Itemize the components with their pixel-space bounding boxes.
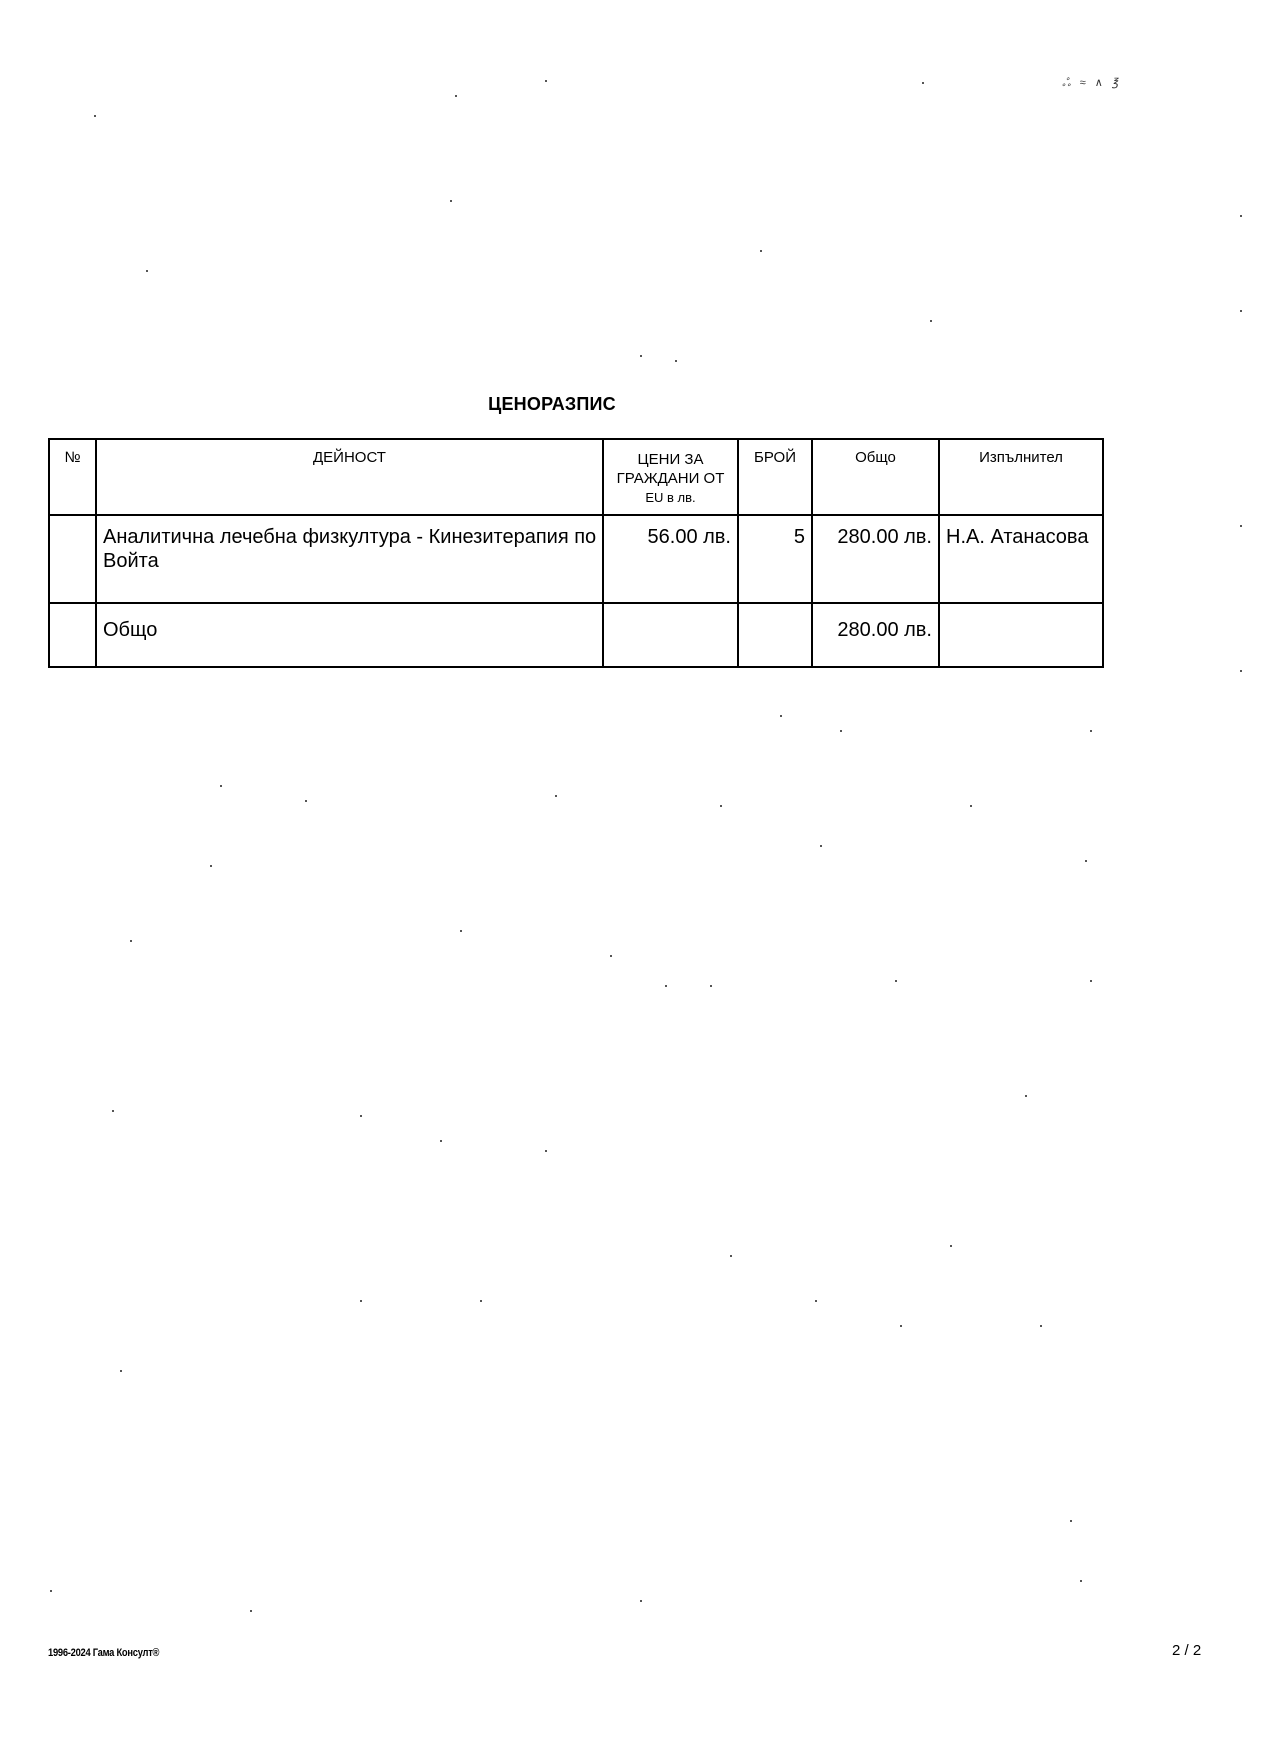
cell-number (49, 515, 96, 603)
scan-speck (665, 985, 667, 987)
price-list-table: № ДЕЙНОСТ ЦЕНИ ЗА ГРАЖДАНИ ОТ EU в лв. Б… (48, 438, 1104, 668)
total-cell-executor (939, 603, 1103, 667)
header-price-line1: ЦЕНИ ЗА (604, 450, 737, 469)
scan-speck (545, 1150, 547, 1152)
scan-speck (94, 115, 96, 117)
header-executor: Изпълнител (939, 439, 1103, 515)
scan-speck (1080, 1580, 1082, 1582)
total-cell-number (49, 603, 96, 667)
total-cell-price (603, 603, 738, 667)
scan-speck (120, 1370, 122, 1372)
header-price-line2: ГРАЖДАНИ ОТ (604, 469, 737, 488)
header-count: БРОЙ (738, 439, 812, 515)
scan-speck (545, 80, 547, 82)
scan-speck (610, 955, 612, 957)
scan-speck (455, 95, 457, 97)
scan-speck (922, 82, 924, 84)
scan-speck (840, 730, 842, 732)
scan-speck (760, 250, 762, 252)
scan-speck (675, 360, 677, 362)
scan-speck (220, 785, 222, 787)
header-price-line3: EU в лв. (604, 488, 737, 507)
table-row: Аналитична лечебна физкултура - Кинезите… (49, 515, 1103, 603)
table-total-row: Общо 280.00 лв. (49, 603, 1103, 667)
scan-speck (555, 795, 557, 797)
scan-speck (210, 865, 212, 867)
total-cell-count (738, 603, 812, 667)
cell-activity: Аналитична лечебна физкултура - Кинезите… (96, 515, 603, 603)
scan-speck (112, 1110, 114, 1112)
scan-speck (900, 1325, 902, 1327)
scan-speck (1090, 730, 1092, 732)
scan-speck (1240, 215, 1242, 217)
header-price: ЦЕНИ ЗА ГРАЖДАНИ ОТ EU в лв. (603, 439, 738, 515)
scan-speck (1070, 1520, 1072, 1522)
scan-speck (360, 1300, 362, 1302)
scan-mark: ஃ ≈ ∧ ℥ (1062, 76, 1121, 91)
scan-speck (895, 980, 897, 982)
scan-speck (1040, 1325, 1042, 1327)
table-header-row: № ДЕЙНОСТ ЦЕНИ ЗА ГРАЖДАНИ ОТ EU в лв. Б… (49, 439, 1103, 515)
scan-speck (146, 270, 148, 272)
scan-speck (450, 200, 452, 202)
scan-speck (1240, 525, 1242, 527)
scan-speck (780, 715, 782, 717)
scan-speck (305, 800, 307, 802)
document-title: ЦЕНОРАЗПИС (0, 394, 1104, 415)
scan-speck (250, 1610, 252, 1612)
scan-speck (720, 805, 722, 807)
scan-speck (1085, 860, 1087, 862)
scan-speck (710, 985, 712, 987)
cell-price: 56.00 лв. (603, 515, 738, 603)
scan-speck (1240, 670, 1242, 672)
cell-total: 280.00 лв. (812, 515, 939, 603)
scan-speck (640, 1600, 642, 1602)
header-number: № (49, 439, 96, 515)
scan-speck (730, 1255, 732, 1257)
header-activity: ДЕЙНОСТ (96, 439, 603, 515)
scan-speck (970, 805, 972, 807)
cell-executor: Н.А. Атанасова (939, 515, 1103, 603)
scan-speck (130, 940, 132, 942)
scan-speck (440, 1140, 442, 1142)
scan-speck (950, 1245, 952, 1247)
scan-speck (1025, 1095, 1027, 1097)
header-total: Общо (812, 439, 939, 515)
scan-speck (460, 930, 462, 932)
scan-speck (1090, 980, 1092, 982)
footer-page-number: 2 / 2 (1172, 1642, 1201, 1659)
scan-speck (360, 1115, 362, 1117)
scan-speck (640, 355, 642, 357)
scan-speck (1240, 310, 1242, 312)
cell-count: 5 (738, 515, 812, 603)
total-cell-total: 280.00 лв. (812, 603, 939, 667)
total-cell-label: Общо (96, 603, 603, 667)
scan-speck (815, 1300, 817, 1302)
footer-copyright: 1996-2024 Гама Консулт® (48, 1647, 159, 1659)
scan-speck (930, 320, 932, 322)
scan-speck (50, 1590, 52, 1592)
scan-speck (480, 1300, 482, 1302)
scan-speck (820, 845, 822, 847)
